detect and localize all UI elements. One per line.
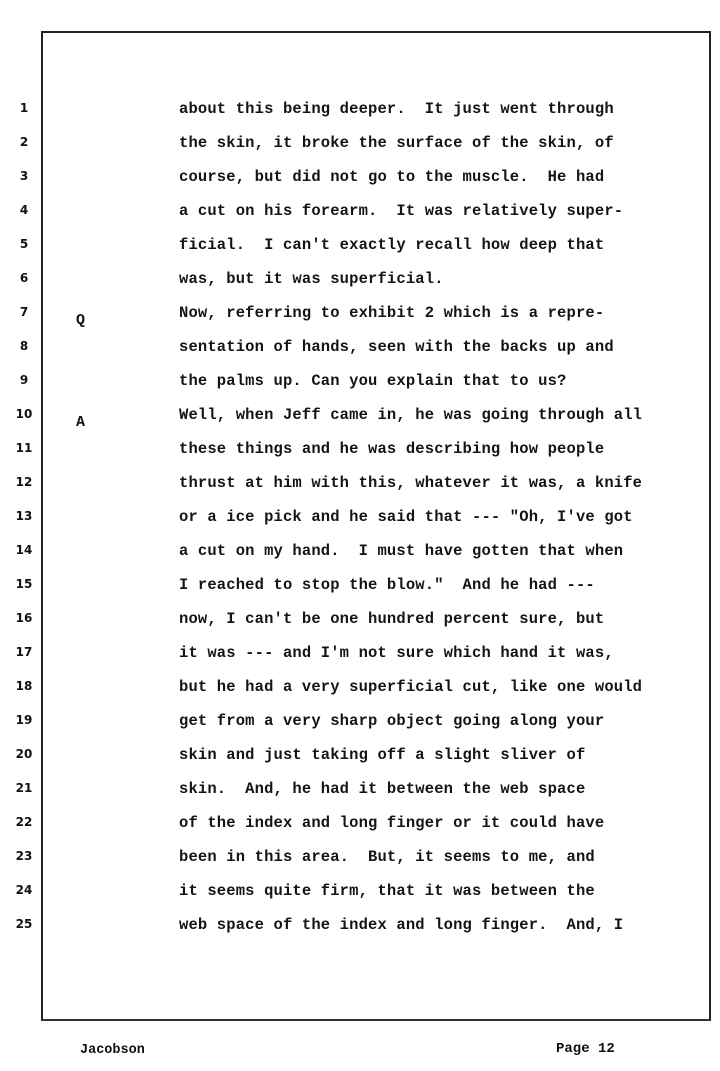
transcript-line: skin. And, he had it between the web spa… [179,780,585,798]
speaker-label: Q [76,312,85,329]
line-number: 19 [10,713,38,727]
transcript-line: thrust at him with this, whatever it was… [179,474,642,492]
transcript-line: of the index and long finger or it could… [179,814,604,832]
line-number: 15 [10,577,38,591]
transcript-line: now, I can't be one hundred percent sure… [179,610,604,628]
line-number: 16 [10,611,38,625]
footer-witness-name: Jacobson [80,1043,145,1058]
footer-page-number: Page 12 [556,1041,615,1057]
line-number: 22 [10,815,38,829]
transcript-line: the skin, it broke the surface of the sk… [179,134,614,152]
line-number: 17 [10,645,38,659]
transcript-line: Now, referring to exhibit 2 which is a r… [179,304,604,322]
line-number: 14 [10,543,38,557]
transcript-line: web space of the index and long finger. … [179,916,623,934]
transcript-line: it was --- and I'm not sure which hand i… [179,644,614,662]
transcript-line: been in this area. But, it seems to me, … [179,848,595,866]
transcript-line: a cut on his forearm. It was relatively … [179,202,623,220]
line-number: 25 [10,917,38,931]
transcript-line: but he had a very superficial cut, like … [179,678,642,696]
line-number: 18 [10,679,38,693]
transcript-line: or a ice pick and he said that --- "Oh, … [179,508,633,526]
transcript-line: I reached to stop the blow." And he had … [179,576,595,594]
transcript-line: ficial. I can't exactly recall how deep … [179,236,604,254]
line-number: 12 [10,475,38,489]
transcript-line: skin and just taking off a slight sliver… [179,746,585,764]
line-number: 7 [10,305,38,319]
transcript-line: Well, when Jeff came in, he was going th… [179,406,642,424]
line-number: 4 [10,203,38,217]
line-number: 13 [10,509,38,523]
transcript-line: was, but it was superficial. [179,270,444,288]
transcript-line: sentation of hands, seen with the backs … [179,338,614,356]
line-number: 5 [10,237,38,251]
line-number: 24 [10,883,38,897]
transcript-line: about this being deeper. It just went th… [179,100,614,118]
line-number: 21 [10,781,38,795]
transcript-line: a cut on my hand. I must have gotten tha… [179,542,623,560]
line-number: 1 [10,101,38,115]
transcript-line: get from a very sharp object going along… [179,712,604,730]
line-number: 23 [10,849,38,863]
line-number: 6 [10,271,38,285]
line-number: 20 [10,747,38,761]
transcript-line: the palms up. Can you explain that to us… [179,372,567,390]
line-number: 9 [10,373,38,387]
line-number: 2 [10,135,38,149]
speaker-label: A [76,414,85,431]
line-number: 11 [10,441,38,455]
line-number: 10 [10,407,38,421]
line-number: 8 [10,339,38,353]
transcript-line: these things and he was describing how p… [179,440,604,458]
line-number: 3 [10,169,38,183]
transcript-line: it seems quite firm, that it was between… [179,882,595,900]
transcript-line: course, but did not go to the muscle. He… [179,168,604,186]
